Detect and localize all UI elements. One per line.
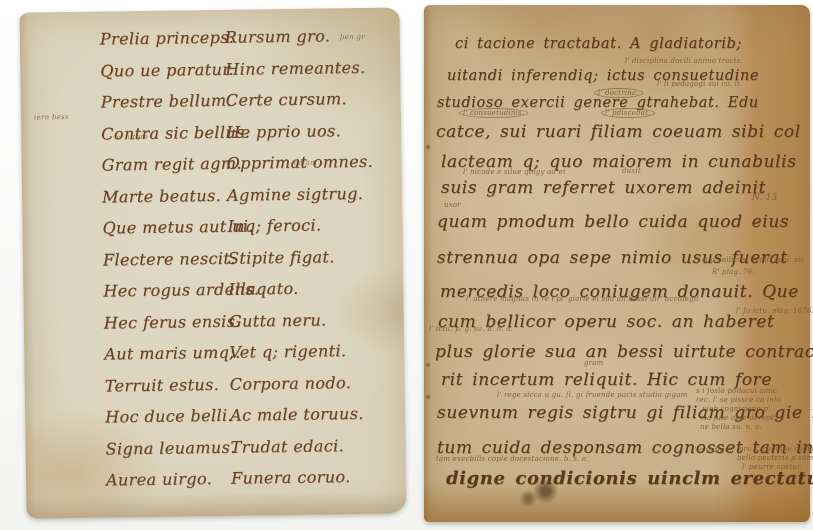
verse-columns: Prelia princeps.Rursum gro. Quo ue parat…	[100, 25, 401, 502]
interlinear-gloss: gram	[584, 359, 603, 367]
marginal-gloss: rec. l' se pissce ca inhi	[696, 396, 781, 404]
marginal-gloss: l' li pedagogi sui co. li.	[657, 80, 742, 88]
left-folio: iern bess þen gr v' nitere qd am Prelia …	[19, 7, 406, 518]
interlinear-gloss: uxor	[444, 201, 461, 209]
verse-line: Funera coruo.	[231, 466, 400, 487]
verse-line: Certe cursum.	[226, 88, 395, 109]
interlinear-gloss: l' a indigni	[692, 446, 732, 454]
verse-row: Terruit estus.Corpora nodo.	[105, 372, 399, 408]
verse-line: Opprimat omnes.	[226, 151, 395, 172]
prose-line: quam pmodum bello cuida quod eius	[437, 212, 789, 232]
marginal-gloss: bello peuteris p suma	[737, 454, 813, 462]
verse-row: Contra sic bellus.He pprio uos.	[101, 120, 395, 156]
verse-row: Hoc duce belli.Ac male toruus.	[105, 403, 399, 439]
interlinear-gloss: l' pdiscebat.	[601, 108, 655, 118]
prose-line: catce, sui ruari filiam coeuam sibi col	[436, 122, 801, 142]
marginal-gloss: ne bella su. n. a.	[700, 423, 762, 431]
prose-line: digne condicionis uinclm erectatus bellu	[446, 468, 813, 489]
verse-row: Gram regit agm.Opprimat omnes.	[101, 151, 395, 187]
interlinear-gloss: tam execbilis cople docestacione. b. s. …	[436, 455, 589, 463]
verse-row: Prestre bellum.Certe cursum.	[101, 88, 395, 124]
prose-line: ci tacione tractabat. A gladiatorib;	[455, 36, 742, 52]
verse-line: Gram regit agm.	[101, 154, 226, 175]
interlinear-gloss: l' consuetudinis.	[459, 108, 528, 118]
verse-line: Gutta neru.	[229, 309, 398, 330]
verse-row: Signa leuamus.Trudat edaci.	[105, 435, 399, 471]
marginal-gloss: l' peurre spetur.	[742, 463, 802, 471]
interlinear-gloss: l' rege sicca u gu. fi. gi fruende pacis…	[497, 391, 687, 399]
verse-row: Quo ue paratur.Hinc remeantes.	[100, 57, 394, 93]
verse-line: Hec rogus ardens.	[103, 280, 228, 301]
verse-line: Signa leuamus.	[105, 437, 230, 458]
verse-line: Rursum gro.	[225, 25, 394, 46]
interlinear-gloss: l' doctrina.	[594, 88, 643, 98]
verse-row: Hec ferus ensis.Gutta neru.	[104, 309, 398, 345]
verse-line: Marte beatus.	[102, 185, 227, 206]
interlinear-gloss: l' uthere magnus in re i pl' glorie ei s…	[466, 295, 699, 303]
verse-row: Marte beatus.Agmine sigtrug.	[102, 183, 396, 219]
verse-row: Aurea uirgo.Funera coruo.	[106, 466, 400, 502]
verse-line: Hec ferus ensis.	[104, 311, 229, 332]
verse-line: Que metus aut ui.	[102, 217, 227, 238]
marginal-gloss: s i foslo pollacui amic	[696, 387, 777, 395]
marginal-gloss: l' Ja ictu. plag. 1676.	[736, 307, 813, 315]
marginal-gloss: l' ictu. p. g. sa. b. n. a.	[429, 325, 513, 333]
marginal-gloss: uieb cognicione p'	[702, 405, 770, 413]
verse-line: Corpora nodo.	[230, 372, 399, 393]
sewing-hole	[426, 363, 430, 367]
verse-line: Hoc duce belli.	[105, 406, 230, 427]
marginal-gloss-left: iern bess	[34, 113, 69, 121]
marginal-gloss: ma fute ople derepta	[700, 414, 778, 422]
verse-row: Prelia princeps.Rursum gro.	[100, 25, 394, 61]
verse-line: Quo ue paratur.	[100, 59, 225, 80]
sewing-hole	[426, 145, 430, 149]
verse-row: Flectere nescit.Stipite figat.	[103, 246, 397, 282]
verse-row: Hec rogus ardens.Illaqato.	[103, 277, 397, 313]
interlinear-gloss: l' nicode e silue qingy ad ei	[463, 168, 565, 176]
manuscript-photo: iern bess þen gr v' nitere qd am Prelia …	[0, 0, 813, 530]
verse-line: Inq; feroci.	[227, 214, 396, 235]
verse-line: Terruit estus.	[105, 374, 230, 395]
verse-line: Stipite figat.	[228, 246, 397, 267]
sewing-hole	[426, 395, 430, 399]
verse-line: Contra sic bellus.	[101, 122, 226, 143]
verse-line: Agmine sigtrug.	[227, 183, 396, 204]
right-folio: ci tacione tractabat. A gladiatorib; uit…	[424, 5, 810, 522]
verse-line: Aurea uirgo.	[106, 469, 231, 490]
interlinear-gloss: duxit	[622, 167, 641, 175]
verse-line: Vet q; rigenti.	[229, 340, 398, 361]
folio-mark: N. 13	[752, 193, 777, 203]
verse-line: Flectere nescit.	[103, 248, 228, 269]
verse-line: He pprio uos.	[226, 120, 395, 141]
prose-line: plus glorie sua an bessi uirtute contrac…	[435, 342, 813, 362]
prose-line: suis gram referret uxorem adeinit	[441, 178, 766, 198]
verse-line: Prestre bellum.	[101, 91, 226, 112]
marginal-gloss: gro s. ruguine coplam	[739, 445, 813, 453]
verse-line: Aut maris umq;.	[104, 343, 229, 364]
interlinear-gloss: l' disciplina docili animo tracts.	[625, 57, 743, 65]
verse-line: Ac male toruus.	[230, 403, 399, 424]
verse-line: Prelia princeps.	[100, 28, 225, 49]
verse-line: Trudat edaci.	[230, 435, 399, 456]
verse-line: Illaqato.	[228, 277, 397, 298]
verse-row: Aut maris umq;.Vet q; rigenti.	[104, 340, 398, 376]
marginal-gloss: R' plag. 76.	[712, 268, 755, 276]
marginal-gloss: l' quo bellicosi ucuiti soci. sic	[694, 256, 805, 264]
verse-line: Hinc remeantes.	[225, 57, 394, 78]
verse-row: Que metus aut ui.Inq; feroci.	[102, 214, 396, 250]
